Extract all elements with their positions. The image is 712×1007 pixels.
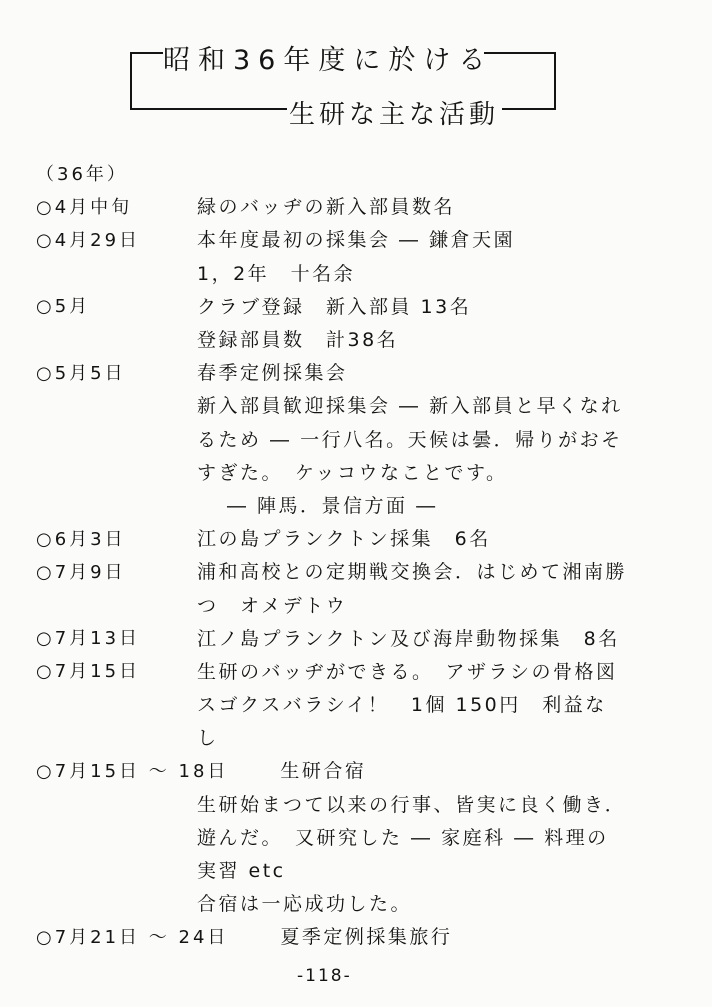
document-page: 昭和36年度に於ける 生研な主な活動 （36年） ○4月中旬緑のバッヂの新入部員… [0, 0, 712, 1007]
page-title-line2: 生研な主な活動 [289, 94, 499, 131]
entry-row: ○4月中旬緑のバッヂの新入部員数名 [0, 189, 712, 222]
entry-row: ○6月3日江の島プランクトン採集 6名 [0, 521, 712, 554]
entry-date: ○7月15日 [36, 657, 197, 683]
entry-date: ○5月5日 [36, 359, 197, 385]
entry-date: ○7月15日 〜 18日 [36, 757, 228, 783]
title-bracket-segment [502, 108, 555, 110]
entry-text: 新入部員歓迎採集会 ― 新入部員と早くなれ [197, 391, 623, 418]
entry-text: 合宿は一応成功した。 [197, 889, 412, 916]
entry-text: 江の島プランクトン採集 6名 [197, 524, 491, 551]
entry-row: ○5月クラブ登録 新入部員 13名 [0, 289, 712, 322]
page-title-line1: 昭和36年度に於ける [163, 38, 493, 77]
entry-row: 実習 etc [0, 853, 712, 886]
entry-text: すぎた。 ケッコウなことです。 [197, 458, 508, 485]
entry-row: 遊んだ。 又研究した ― 家庭科 ― 料理の [0, 820, 712, 853]
entry-text: 生研合宿 [280, 756, 366, 783]
entry-text: 江ノ島プランクトン及び海岸動物採集 8名 [197, 624, 620, 651]
entry-row: スゴクスバラシイ！ 1個 150円 利益な [0, 687, 712, 720]
entry-row: 1，2年 十名余 [0, 256, 712, 289]
title-bracket-segment [130, 52, 132, 110]
entry-date: ○4月中旬 [36, 193, 197, 219]
entry-row: すぎた。 ケッコウなことです。 [0, 455, 712, 488]
entry-text: 1，2年 十名余 [197, 259, 355, 286]
entry-date: ○5月 [36, 292, 197, 318]
entry-text: るため ― 一行八名。天候は曇．帰りがおそ [197, 425, 623, 452]
entry-text: 春季定例採集会 [197, 358, 348, 385]
entry-text: 生研始まつて以来の行事、皆実に良く働き． [197, 790, 626, 817]
entry-text: 夏季定例採集旅行 [280, 922, 452, 949]
entry-text: 緑のバッヂの新入部員数名 [197, 192, 455, 219]
entry-row: 生研始まつて以来の行事、皆実に良く働き． [0, 787, 712, 820]
entry-text: 本年度最初の採集会 ― 鎌倉天園 [197, 225, 515, 252]
entry-row: 合宿は一応成功した。 [0, 886, 712, 919]
entry-row: つ オメデトウ [0, 587, 712, 620]
entry-date: （36年） [36, 160, 197, 186]
entry-text: 実習 etc [197, 856, 286, 883]
title-bracket-segment [554, 52, 556, 110]
entry-date: ○6月3日 [36, 525, 197, 551]
entry-row: るため ― 一行八名。天候は曇．帰りがおそ [0, 422, 712, 455]
entry-text: 生研のバッヂができる。 アザラシの骨格図 [197, 657, 618, 684]
entry-row: ○5月5日春季定例採集会 [0, 355, 712, 388]
title-bracket-segment [131, 108, 287, 110]
entry-row: し [0, 720, 712, 753]
entry-row: ○7月21日 〜 24日夏季定例採集旅行 [0, 919, 712, 952]
entry-text: つ オメデトウ [197, 591, 347, 618]
entry-text: し [197, 723, 219, 750]
entry-text: 浦和高校との定期戦交換会．はじめて湘南勝 [197, 557, 627, 584]
entry-date: ○4月29日 [36, 226, 197, 252]
entry-row: ○4月29日本年度最初の採集会 ― 鎌倉天園 [0, 222, 712, 255]
entry-row: ○7月15日生研のバッヂができる。 アザラシの骨格図 [0, 654, 712, 687]
entry-text: ― 陣馬．景信方面 ― [227, 491, 438, 518]
entry-row: ― 陣馬．景信方面 ― [0, 488, 712, 521]
entry-row: ○7月13日江ノ島プランクトン及び海岸動物採集 8名 [0, 621, 712, 654]
entry-text: 登録部員数 計38名 [197, 325, 398, 352]
entry-row: ○7月9日浦和高校との定期戦交換会．はじめて湘南勝 [0, 554, 712, 587]
entry-text: クラブ登録 新入部員 13名 [197, 292, 471, 319]
entry-row: ○7月15日 〜 18日生研合宿 [0, 753, 712, 786]
entry-date: ○7月9日 [36, 558, 197, 584]
title-bracket-segment [484, 52, 556, 54]
entry-text: 遊んだ。 又研究した ― 家庭科 ― 料理の [197, 823, 609, 850]
entry-date: ○7月21日 〜 24日 [36, 923, 228, 949]
page-number: -118- [297, 966, 352, 986]
entry-row: 登録部員数 計38名 [0, 322, 712, 355]
activity-list: （36年） ○4月中旬緑のバッヂの新入部員数名 ○4月29日本年度最初の採集会 … [0, 156, 712, 953]
title-bracket-segment [130, 52, 163, 54]
entry-row: （36年） [0, 156, 712, 189]
entry-text: スゴクスバラシイ！ 1個 150円 利益な [197, 690, 607, 717]
entry-row: 新入部員歓迎採集会 ― 新入部員と早くなれ [0, 388, 712, 421]
entry-date: ○7月13日 [36, 624, 197, 650]
